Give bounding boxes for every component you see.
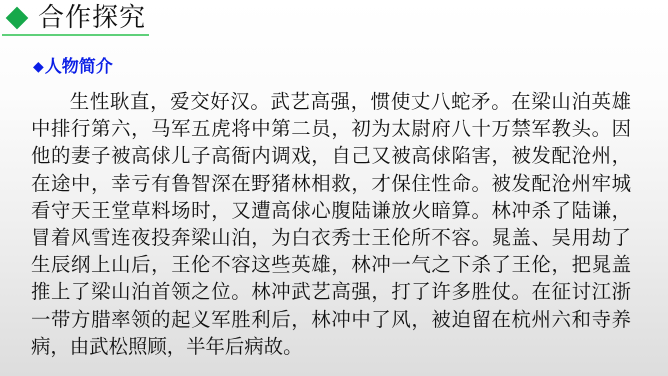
section-heading-label: 人物简介 — [45, 56, 113, 78]
slide-title: 合作探究 — [38, 3, 146, 33]
slide-header: 合作探究 — [0, 0, 160, 40]
section-heading: ◆ 人物简介 — [33, 56, 113, 78]
diamond-bullet-icon — [6, 7, 29, 30]
title-underline — [2, 34, 149, 36]
character-bio-paragraph: 生性耿直，爱交好汉。武艺高强，惯使丈八蛇矛。在梁山泊英雄中排行第六，马军五虎将中… — [31, 88, 631, 360]
diamond-bullet-icon: ◆ — [33, 56, 44, 78]
